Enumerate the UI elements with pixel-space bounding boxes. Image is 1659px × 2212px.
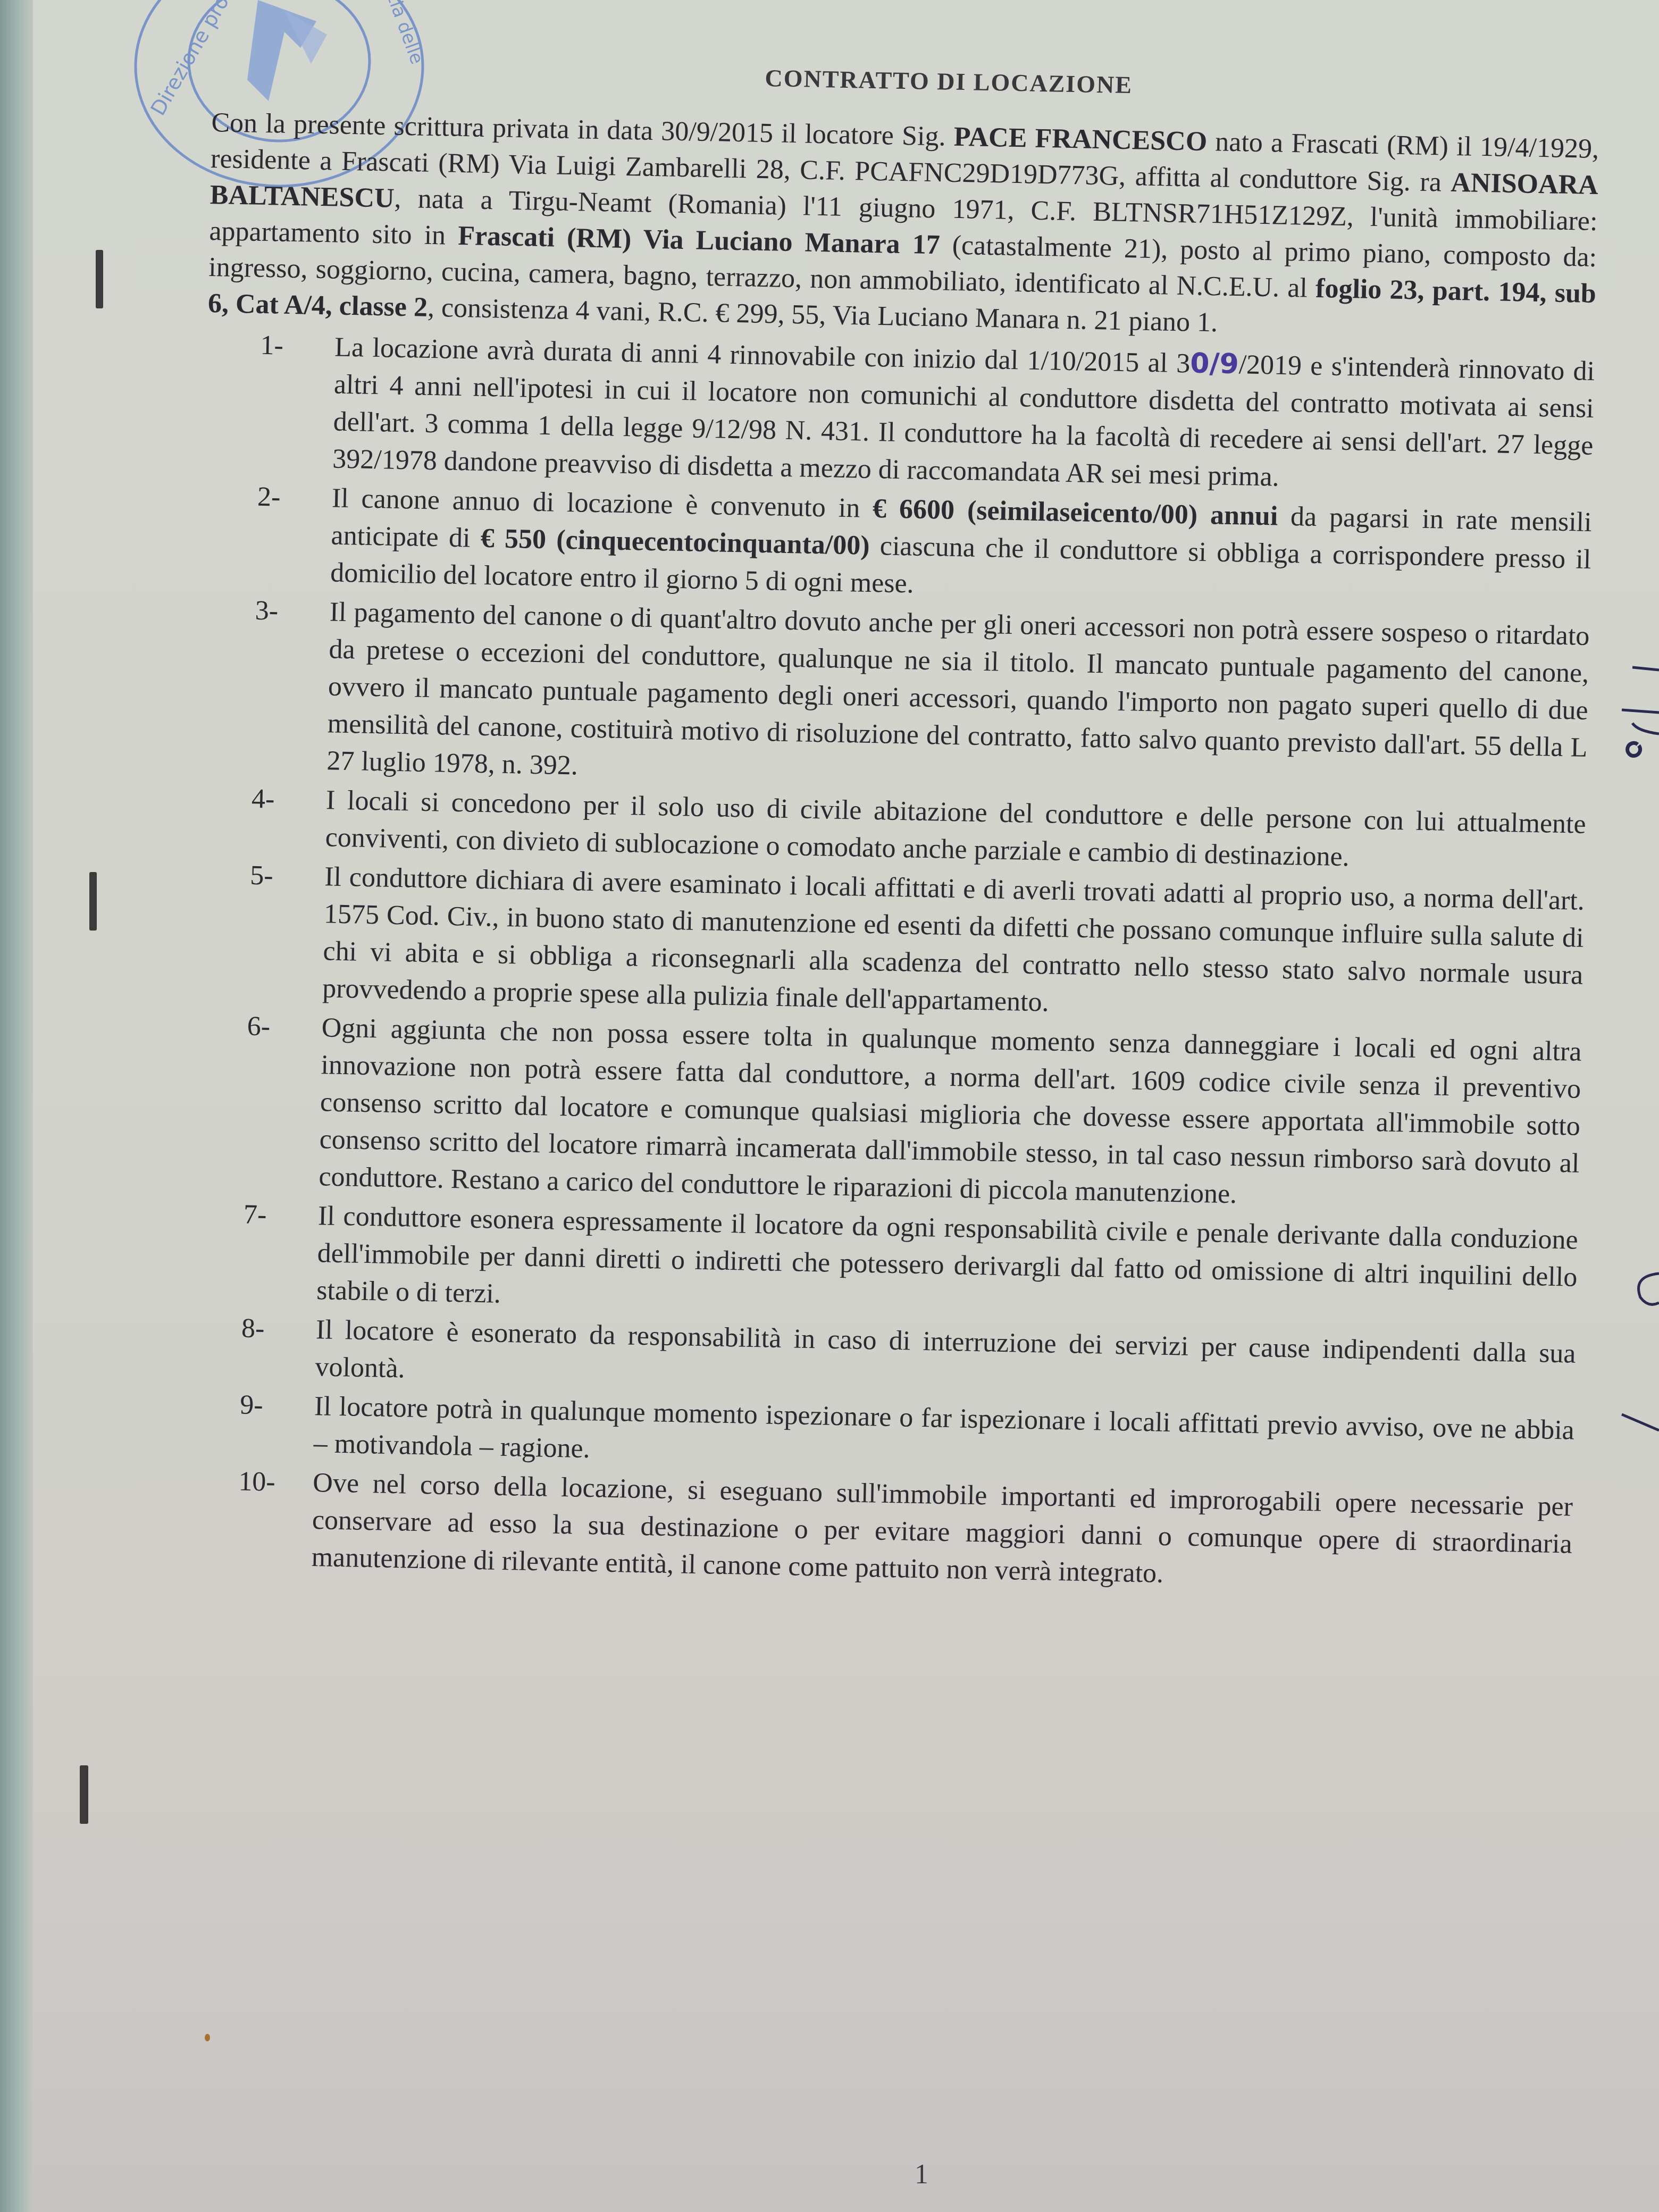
- clause-number: 8-: [187, 1309, 300, 1386]
- clause-10: 10- Ove nel corso della locazione, si es…: [183, 1462, 1573, 1601]
- clause-6: 6- Ogni aggiunta che non possa essere to…: [191, 1007, 1582, 1220]
- monthly-rent: € 550 (cinquecentocinquanta/00): [480, 523, 870, 561]
- margin-mark-2: [89, 872, 97, 931]
- clause-number: 9-: [186, 1386, 299, 1462]
- clause-1: 1- La locazione avrà durata di anni 4 ri…: [205, 326, 1595, 502]
- clause-number: 5-: [195, 856, 309, 1007]
- clause-number: 1-: [205, 326, 319, 477]
- landlord-name: PACE FRANCESCO: [953, 122, 1208, 157]
- clause-text: Ogni aggiunta che non possa essere tolta…: [303, 1009, 1582, 1220]
- clause-text: Il pagamento del canone o di quant'altro…: [311, 593, 1590, 804]
- clause-number: 4-: [197, 780, 311, 856]
- clause-text: La locazione avrà durata di anni 4 rinno…: [316, 328, 1595, 502]
- pen-scribble-icon: [1616, 638, 1659, 1967]
- margin-mark-1: [96, 250, 103, 308]
- clause-number: 7-: [189, 1195, 303, 1309]
- clauses-list: 1- La locazione avrà durata di anni 4 ri…: [183, 326, 1595, 1601]
- page-number: 1: [915, 2159, 928, 2190]
- handwritten-correction: 0/9: [1190, 347, 1239, 380]
- contract-body: CONTRATTO DI LOCAZIONE Con la presente s…: [183, 53, 1601, 1603]
- binder-edge: [0, 0, 33, 2212]
- property-address: Frascati (RM) Via Luciano Manara 17: [458, 221, 941, 260]
- annual-rent: € 6600 (seimilaseicento/00) annui: [873, 493, 1278, 532]
- clause-number: 10-: [183, 1462, 297, 1576]
- margin-mark-3: [80, 1765, 88, 1824]
- clause-number: 6-: [191, 1007, 306, 1195]
- clause-text: Il conduttore dichiara di avere esaminat…: [306, 858, 1585, 1032]
- clause-text: Il conduttore esonera espressamente il l…: [300, 1197, 1579, 1334]
- clause-text: Ove nel corso della locazione, si esegua…: [295, 1464, 1573, 1601]
- margin-dot: [205, 2034, 210, 2041]
- clause-number: 3-: [199, 591, 314, 780]
- intro-paragraph: Con la presente scrittura privata in dat…: [207, 105, 1599, 348]
- clause-number: 2-: [203, 477, 316, 591]
- clause-text: Il canone annuo di locazione è convenuto…: [314, 480, 1593, 616]
- clause-3: 3- Il pagamento del canone o di quant'al…: [199, 591, 1590, 804]
- clause-5: 5- Il conduttore dichiara di avere esami…: [195, 856, 1585, 1032]
